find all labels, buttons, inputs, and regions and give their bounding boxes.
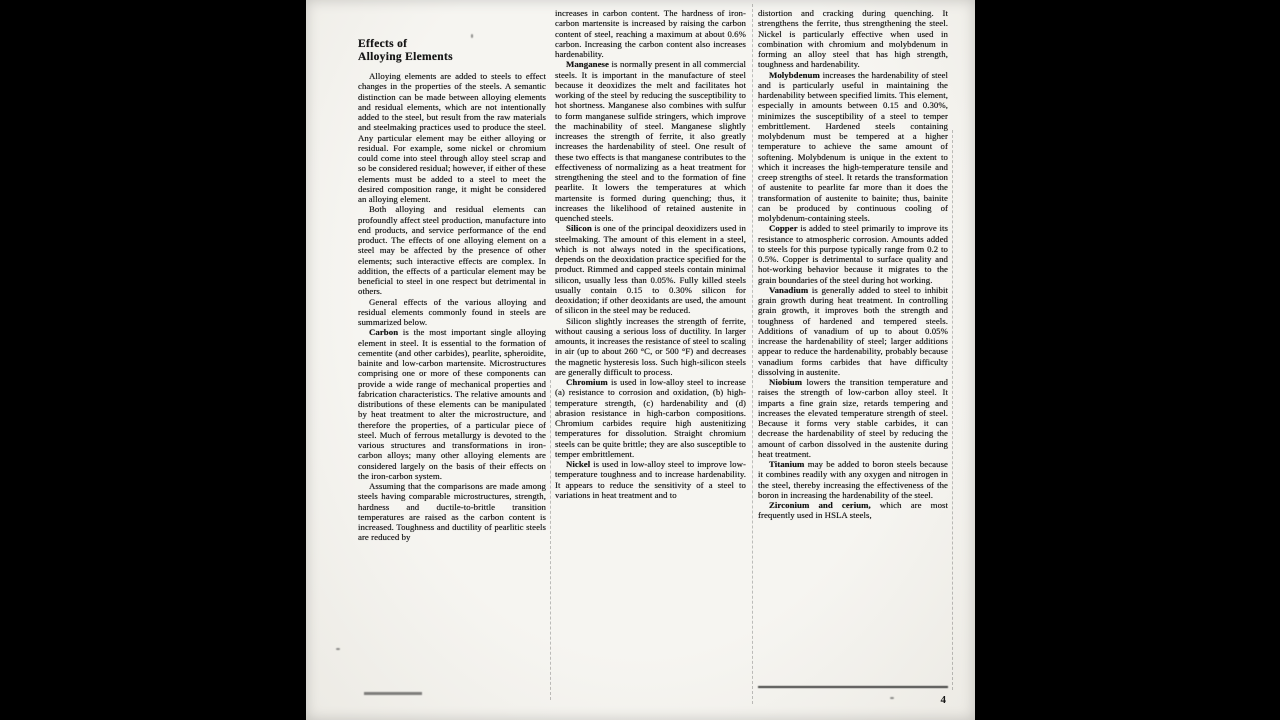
text-column-right: distortion and cracking during quenching… <box>758 8 948 680</box>
paragraph-manganese: Manganese is normally present in all com… <box>555 59 746 223</box>
column-divider-rule <box>550 380 551 700</box>
page-margin-rule <box>952 130 953 690</box>
paragraph: Both alloying and residual elements can … <box>358 204 546 296</box>
paragraph: increases in carbon content. The hardnes… <box>555 8 746 59</box>
paragraph-titanium: Titanium may be added to boron steels be… <box>758 459 948 500</box>
paragraph-molybdenum: Molybdenum increases the hardenability o… <box>758 70 948 224</box>
paragraph-vanadium: Vanadium is generally added to steel to … <box>758 285 948 377</box>
column-end-rule <box>758 686 948 688</box>
scan-speck <box>890 697 894 699</box>
scan-speck <box>336 648 340 650</box>
paragraph-silicon: Silicon is one of the principal deoxidiz… <box>555 223 746 315</box>
paragraph-chromium: Chromium is used in low-alloy steel to i… <box>555 377 746 459</box>
paragraph: Assuming that the comparisons are made a… <box>358 481 546 543</box>
paragraph: Alloying elements are added to steels to… <box>358 71 546 204</box>
paragraph: General effects of the various alloying … <box>358 297 546 328</box>
footnote-smudge <box>364 692 422 695</box>
paragraph: Silicon slightly increases the strength … <box>555 316 746 378</box>
scanned-document-page: Effects ofAlloying ElementsAlloying elem… <box>306 0 975 720</box>
scan-speck <box>471 34 473 38</box>
text-column-middle: increases in carbon content. The hardnes… <box>555 8 746 664</box>
paragraph-carbon: Carbon is the most important single allo… <box>358 327 546 481</box>
column-divider-rule <box>752 4 753 704</box>
article-heading: Effects ofAlloying Elements <box>358 38 546 64</box>
paragraph-nickel: Nickel is used in low-alloy steel to imp… <box>555 459 746 500</box>
page-number: 4 <box>906 694 946 706</box>
paragraph: distortion and cracking during quenching… <box>758 8 948 70</box>
text-column-left: Effects ofAlloying ElementsAlloying elem… <box>358 38 546 690</box>
scan-speck <box>633 34 635 37</box>
paragraph-niobium: Niobium lowers the transition temperatur… <box>758 377 948 459</box>
paragraph-zirconium-and-cerium: Zirconium and cerium, which are most fre… <box>758 500 948 521</box>
paragraph-copper: Copper is added to steel primarily to im… <box>758 223 948 285</box>
